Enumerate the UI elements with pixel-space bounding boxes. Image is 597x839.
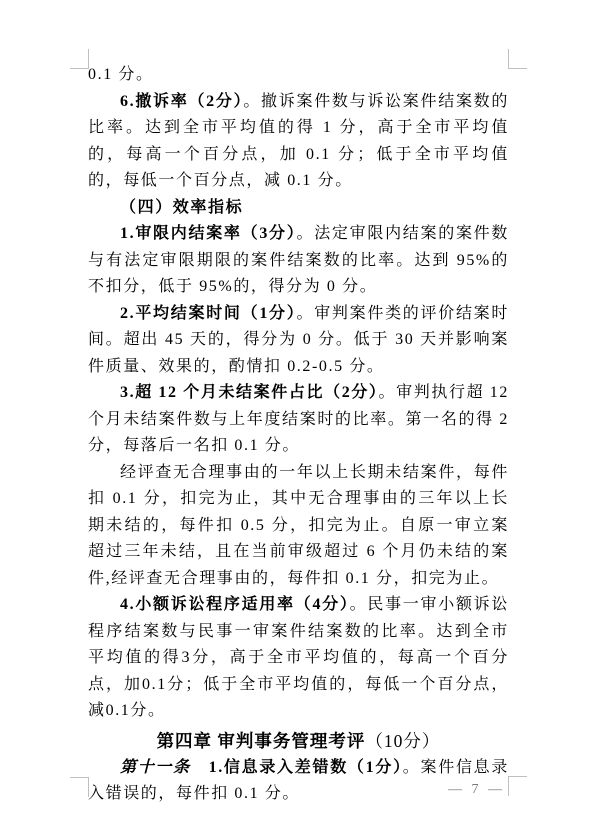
text-segment: 0.1 分。 [88,66,154,83]
text-segment: 2.平均结案时间（1分） [120,305,297,322]
crop-mark-bottom-right [508,776,527,796]
item-3-over-12-month-pending-ratio: 3.超 12 个月未结案件占比（2分）。审判执行超 12 个月未结案件数与上年度… [88,380,509,460]
text-segment: （四）效率指标 [120,199,243,216]
item-4-small-claims-procedure-rate: 4.小额诉讼程序适用率（4分）。民事一审小额诉讼程序结案数与民事一审案件结案数的… [88,592,509,725]
text-segment: 6.撤诉率（2分） [120,93,243,110]
page-number: — 7 — [448,782,505,798]
document-body: 0.1 分。6.撤诉率（2分）。撤诉案件数与诉讼案件结案数的比率。达到全市平均值… [88,62,509,808]
text-segment: 第四章 审判事务管理考评 [157,731,366,751]
continuation-line: 0.1 分。 [88,62,509,89]
text-segment: 1.信息录入差错数（1分） [209,759,403,776]
crop-mark-bottom-left [70,777,89,797]
item-6-withdrawal-rate: 6.撤诉率（2分）。撤诉案件数与诉讼案件结案数的比率。达到全市平均值的得 1 分… [88,89,509,195]
text-segment: （10分） [365,731,440,751]
section-4-efficiency-heading: （四）效率指标 [88,195,509,222]
text-segment: 3.超 12 个月未结案件占比（2分） [120,384,379,401]
text-segment: 1.审限内结案率（3分） [120,225,297,242]
document-page: 0.1 分。6.撤诉率（2分）。撤诉案件数与诉讼案件结案数的比率。达到全市平均值… [0,0,597,839]
article-11: 第十一条 1.信息录入差错数（1分）。案件信息录入错误的，每件扣 0.1 分。 [88,755,509,808]
crop-mark-top-left [70,49,89,69]
long-pending-cases-deduction: 经评查无合理事由的一年以上长期未结案件，每件扣 0.1 分，扣完为止，其中无合理… [88,460,509,593]
item-1-closing-rate-within-limit: 1.审限内结案率（3分）。法定审限内结案的案件数与有法定审限期限的案件结案数的比… [88,221,509,301]
text-segment: 第十一条 [120,759,209,776]
text-segment: 4.小额诉讼程序适用率（4分） [120,596,350,613]
text-segment: 。民事一审小额诉讼程序结案数与民事一审案件结案数的比率。达到全市平均值的得3分，… [88,596,509,719]
text-segment: 经评查无合理事由的一年以上长期未结案件，每件扣 0.1 分，扣完为止，其中无合理… [88,464,509,587]
item-2-average-closing-time: 2.平均结案时间（1分）。审判案件类的评价结案时间。超出 45 天的，得分为 0… [88,301,509,381]
crop-mark-top-right [508,49,527,69]
chapter-4-heading: 第四章 审判事务管理考评（10分） [88,727,509,755]
